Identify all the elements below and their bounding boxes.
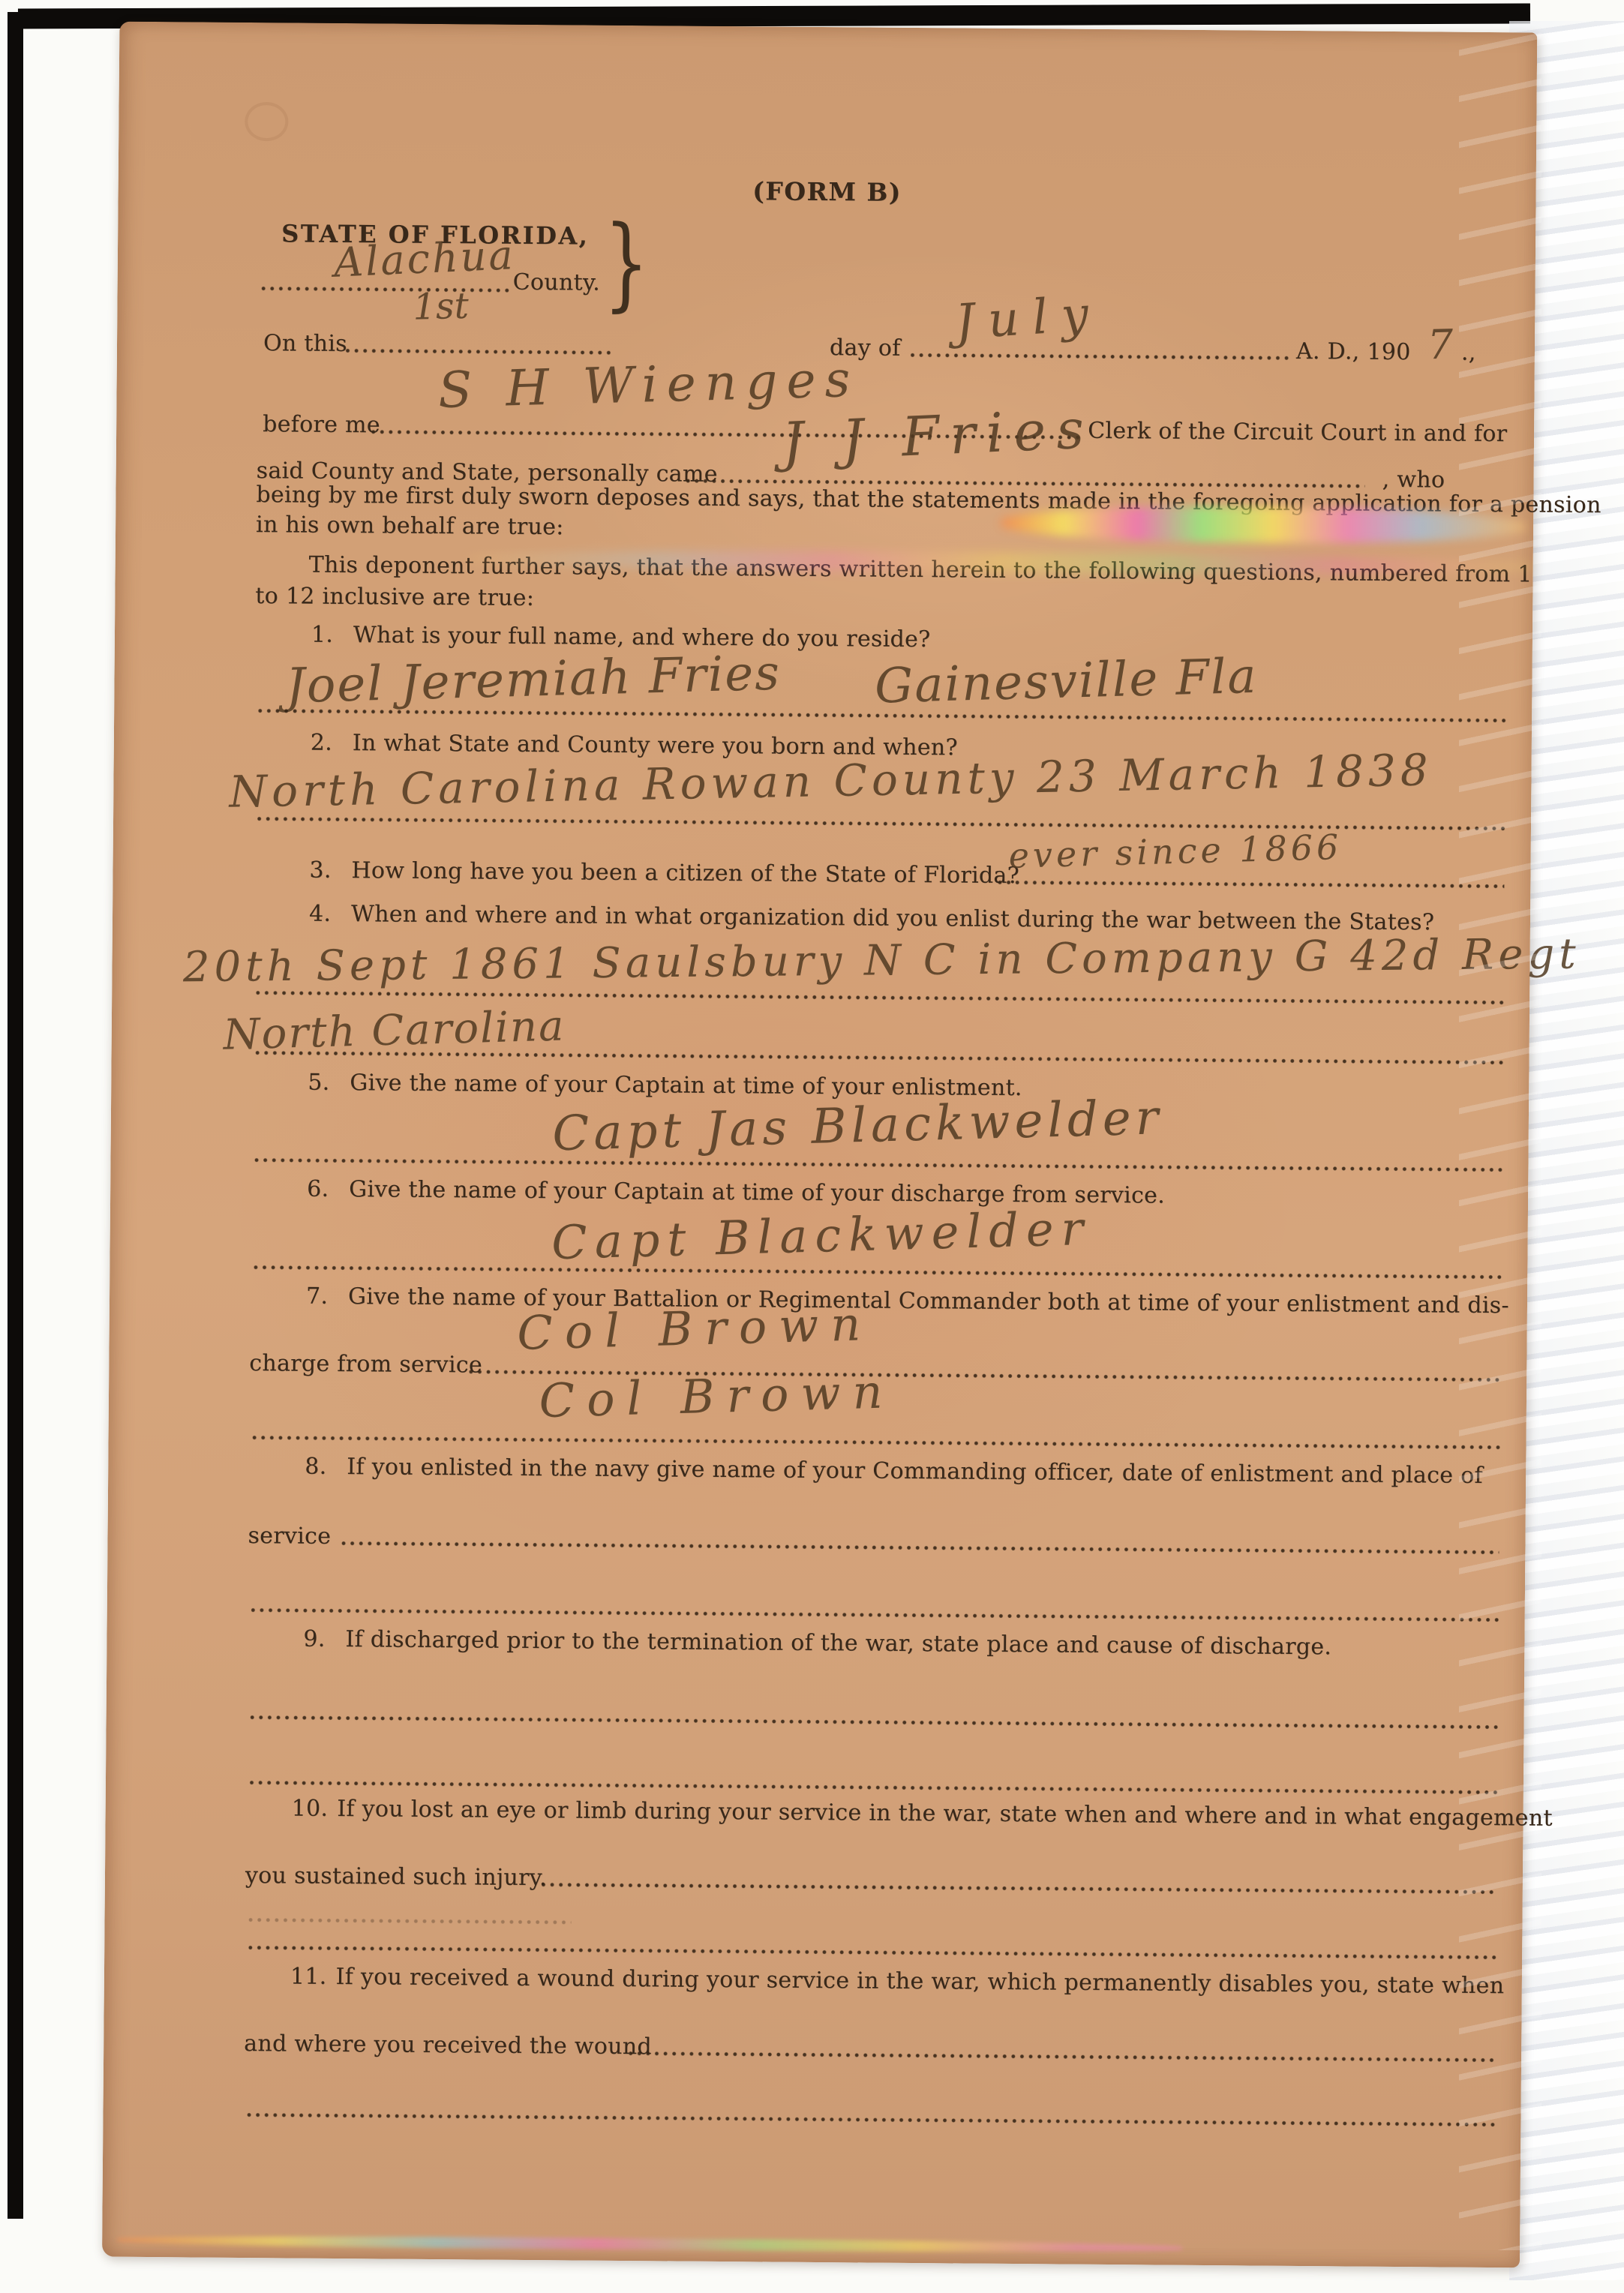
scan-backdrop: (FORM B) STATE OF FLORIDA, County. } Ala… bbox=[0, 0, 1624, 2293]
question-4-number: 4. bbox=[309, 901, 342, 927]
question-10: 10.If you lost an eye or limb during you… bbox=[292, 1795, 1553, 1831]
question-1: 1.What is your full name, and where do y… bbox=[311, 622, 931, 653]
dotted-line bbox=[542, 1881, 1496, 1895]
question-8: 8.If you enlisted in the navy give name … bbox=[305, 1454, 1483, 1489]
question-11: 11.If you received a wound during your s… bbox=[290, 1963, 1505, 1999]
question-3: 3.How long have you been a citizen of th… bbox=[309, 857, 1019, 889]
handwritten-q7-enlistment: Col Brown bbox=[516, 1296, 873, 1361]
question-4: 4.When and where and in what organizatio… bbox=[309, 901, 1434, 936]
dotted-line bbox=[911, 352, 1289, 362]
question-5-number: 5. bbox=[308, 1070, 341, 1096]
question-11-continuation: and where you received the wound bbox=[244, 2030, 652, 2060]
county-brace: } bbox=[603, 204, 650, 322]
behalf-line: in his own behalf are true: bbox=[256, 512, 564, 540]
form-label: (FORM B) bbox=[119, 172, 1536, 212]
pension-form-page: (FORM B) STATE OF FLORIDA, County. } Ala… bbox=[102, 22, 1537, 2268]
handwritten-county: Alachua bbox=[333, 231, 516, 287]
iridescent-glare-bottom-edge bbox=[117, 2234, 1182, 2254]
dotted-line bbox=[262, 285, 509, 294]
handwritten-q7-discharge: Col Brown bbox=[539, 1364, 896, 1428]
scanner-edge-left bbox=[8, 12, 23, 2219]
question-10-text: If you lost an eye or limb during your s… bbox=[337, 1796, 1553, 1832]
question-11-number: 11. bbox=[290, 1963, 327, 1989]
dotted-line bbox=[251, 1714, 1499, 1730]
question-10-number: 10. bbox=[292, 1795, 329, 1821]
handwritten-q4-answer-line1: 20th Sept 1861 Saulsbury N C in Company … bbox=[183, 929, 1580, 992]
handwritten-q3-answer: ever since 1866 bbox=[1008, 827, 1343, 876]
ad-label: A. D., 190 bbox=[1296, 338, 1411, 365]
dotted-line bbox=[253, 1434, 1502, 1451]
question-2-number: 2. bbox=[311, 730, 344, 756]
question-8-number: 8. bbox=[305, 1454, 338, 1480]
dotted-line bbox=[629, 2050, 1495, 2063]
question-1-text: What is your full name, and where do you… bbox=[353, 622, 931, 653]
on-this-label: On this bbox=[263, 330, 347, 357]
deponent-line1: This deponent further says, that the ans… bbox=[309, 552, 1532, 588]
dotted-line bbox=[248, 1944, 1497, 1961]
question-4-text: When and where and in what organization … bbox=[351, 901, 1434, 935]
county-label: County. bbox=[513, 269, 601, 296]
question-9-text: If discharged prior to the termination o… bbox=[345, 1626, 1331, 1660]
question-7-continuation: charge from service bbox=[249, 1350, 482, 1378]
question-7: 7.Give the name of your Battalion or Reg… bbox=[306, 1283, 1509, 1319]
handwritten-q5-answer: Capt Jas Blackwelder bbox=[551, 1090, 1163, 1162]
dotted-line bbox=[247, 2111, 1496, 2128]
dotted-line-faint bbox=[248, 1916, 571, 1925]
handwritten-q1-residence: Gainesville Fla bbox=[874, 649, 1258, 715]
before-me-label: before me bbox=[263, 411, 380, 438]
question-1-number: 1. bbox=[311, 622, 344, 648]
handwritten-q6-answer: Capt Blackwelder bbox=[551, 1201, 1091, 1270]
handwritten-day: 1st bbox=[413, 285, 470, 329]
question-11-text: If you received a wound during your serv… bbox=[335, 1964, 1504, 1999]
dotted-line bbox=[256, 1049, 1505, 1066]
deponent-line2: to 12 inclusive are true: bbox=[255, 583, 534, 611]
question-3-text: How long have you been a citizen of the … bbox=[351, 857, 1019, 889]
question-10-continuation: you sustained such injury. bbox=[245, 1862, 547, 1891]
question-8-text: If you enlisted in the navy give name of… bbox=[347, 1454, 1483, 1489]
question-3-number: 3. bbox=[309, 857, 342, 884]
dotted-line bbox=[250, 1779, 1499, 1796]
question-9-number: 9. bbox=[303, 1626, 336, 1652]
question-8-continuation: service bbox=[248, 1523, 331, 1550]
dotted-line bbox=[346, 347, 612, 356]
dotted-line bbox=[254, 1264, 1502, 1280]
handwritten-year-digit: 7 bbox=[1427, 320, 1454, 368]
handwritten-q1-name: Joel Jeremiah Fries bbox=[285, 646, 782, 715]
handwritten-clerk-name: S H Wienges bbox=[437, 350, 860, 419]
question-7-number: 7. bbox=[306, 1283, 339, 1310]
dotted-line bbox=[254, 1157, 1503, 1173]
plastic-sleeve-wrinkles bbox=[1459, 30, 1541, 2250]
who-label: , who bbox=[1382, 467, 1445, 494]
clerk-title: Clerk of the Circuit Court in and for bbox=[1088, 418, 1507, 447]
paper-stain bbox=[245, 102, 288, 141]
dotted-line bbox=[998, 879, 1504, 890]
handwritten-month: July bbox=[953, 286, 1103, 350]
handwritten-deponent-name: J J Fries bbox=[781, 397, 1096, 473]
dotted-line bbox=[341, 1540, 1499, 1556]
dotted-line bbox=[256, 989, 1505, 1006]
dotted-line bbox=[251, 1607, 1500, 1623]
question-6-number: 6. bbox=[307, 1176, 340, 1202]
question-9: 9.If discharged prior to the termination… bbox=[303, 1626, 1331, 1661]
